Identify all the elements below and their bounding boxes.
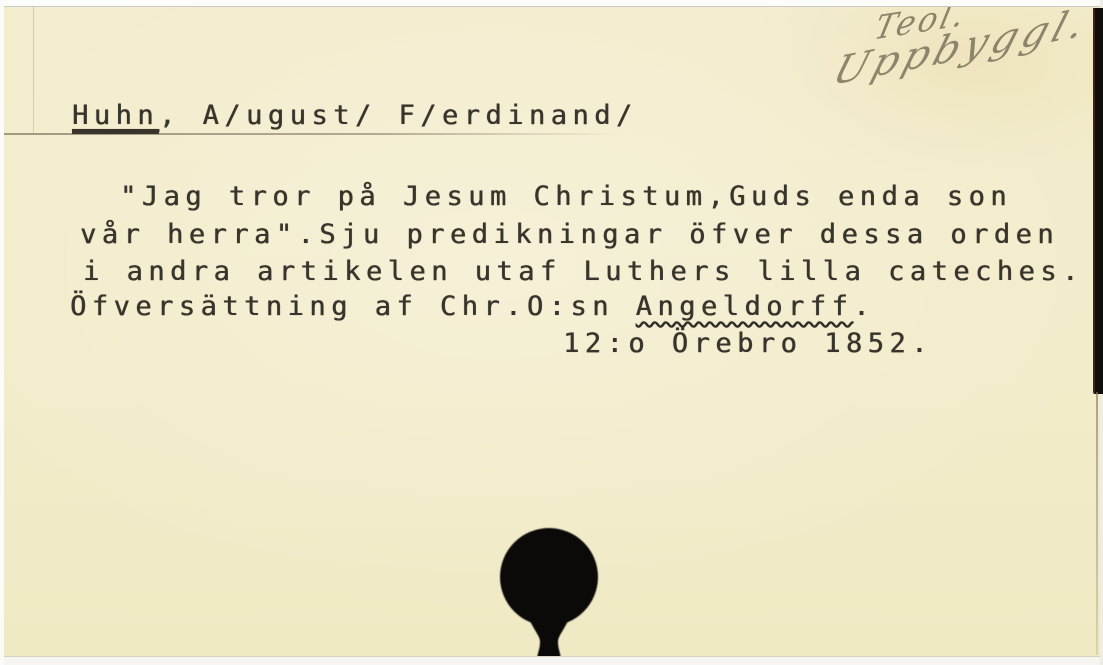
catalog-card-scan: Teol. Uppbyggl. Huhn, A/ugust/ F/erdinan… (0, 0, 1103, 665)
adjacent-card-shadow (1093, 8, 1103, 394)
heading-forenames: , A/ugust/ F/erdinand/ (159, 100, 638, 131)
card-margin-crease (33, 6, 34, 134)
heading: Huhn, A/ugust/ F/erdinand/ (72, 102, 638, 129)
scan-margin-bottom (0, 656, 1103, 665)
heading-surname: Huhn (72, 100, 159, 134)
body-line-4-underlined-name: Angeldorff (636, 291, 854, 322)
body-line-4-prefix: Öfversättning af Chr.O:sn (70, 291, 636, 322)
scan-margin-left (0, 0, 4, 665)
body-line-5-imprint: 12:o Örebro 1852. (563, 330, 933, 357)
body-line-3: i andra artikelen utaf Luthers lilla cat… (83, 258, 1084, 285)
body-line-2: vår herra".Sju predikningar öfver dessa … (80, 221, 1059, 248)
scan-margin-top (0, 0, 1103, 7)
body-line-1: "Jag tror på Jesum Christum,Guds enda so… (120, 183, 1012, 210)
punch-hole (480, 520, 630, 660)
body-line-4: Öfversättning af Chr.O:sn Angeldorff. (70, 293, 875, 320)
body-line-4-suffix: . (853, 291, 875, 322)
card-right-edge-line (1096, 392, 1098, 655)
